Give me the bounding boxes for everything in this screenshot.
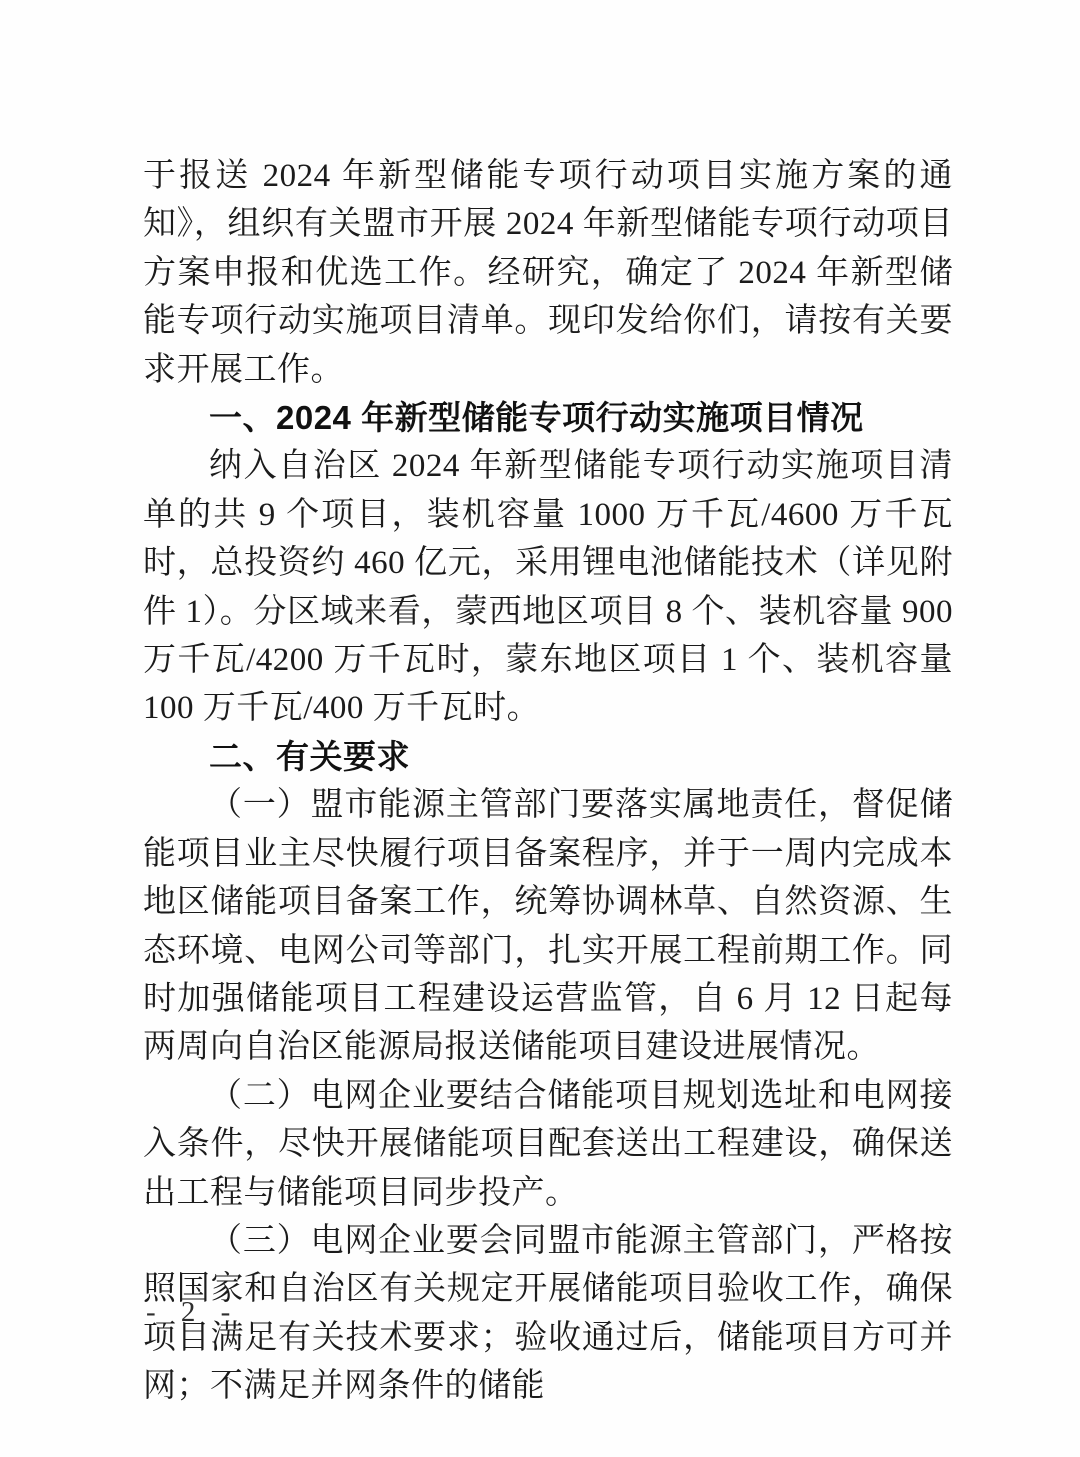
paragraph-requirement-3: （三）电网企业要会同盟市能源主管部门，严格按照国家和自治区有关规定开展储能项目验…	[143, 1217, 953, 1411]
paragraph-project-overview: 纳入自治区 2024 年新型储能专项行动实施项目清单的共 9 个项目，装机容量 …	[143, 442, 953, 732]
paragraph-requirement-2: （二）电网企业要结合储能项目规划选址和电网接入条件，尽快开展储能项目配套送出工程…	[143, 1072, 953, 1217]
document-page: 于报送 2024 年新型储能专项行动项目实施方案的通知》，组织有关盟市开展 20…	[0, 0, 1080, 1457]
section-heading-1: 一、2024 年新型储能专项行动实施项目情况	[143, 394, 953, 442]
document-text: 于报送 2024 年新型储能专项行动项目实施方案的通知》，组织有关盟市开展 20…	[143, 152, 953, 1411]
paragraph-requirement-1: （一）盟市能源主管部门要落实属地责任，督促储能项目业主尽快履行项目备案程序，并于…	[143, 781, 953, 1071]
paragraph-continuation: 于报送 2024 年新型储能专项行动项目实施方案的通知》，组织有关盟市开展 20…	[143, 152, 953, 394]
page-number: - 2 -	[146, 1296, 239, 1329]
section-heading-2: 二、有关要求	[143, 733, 953, 781]
